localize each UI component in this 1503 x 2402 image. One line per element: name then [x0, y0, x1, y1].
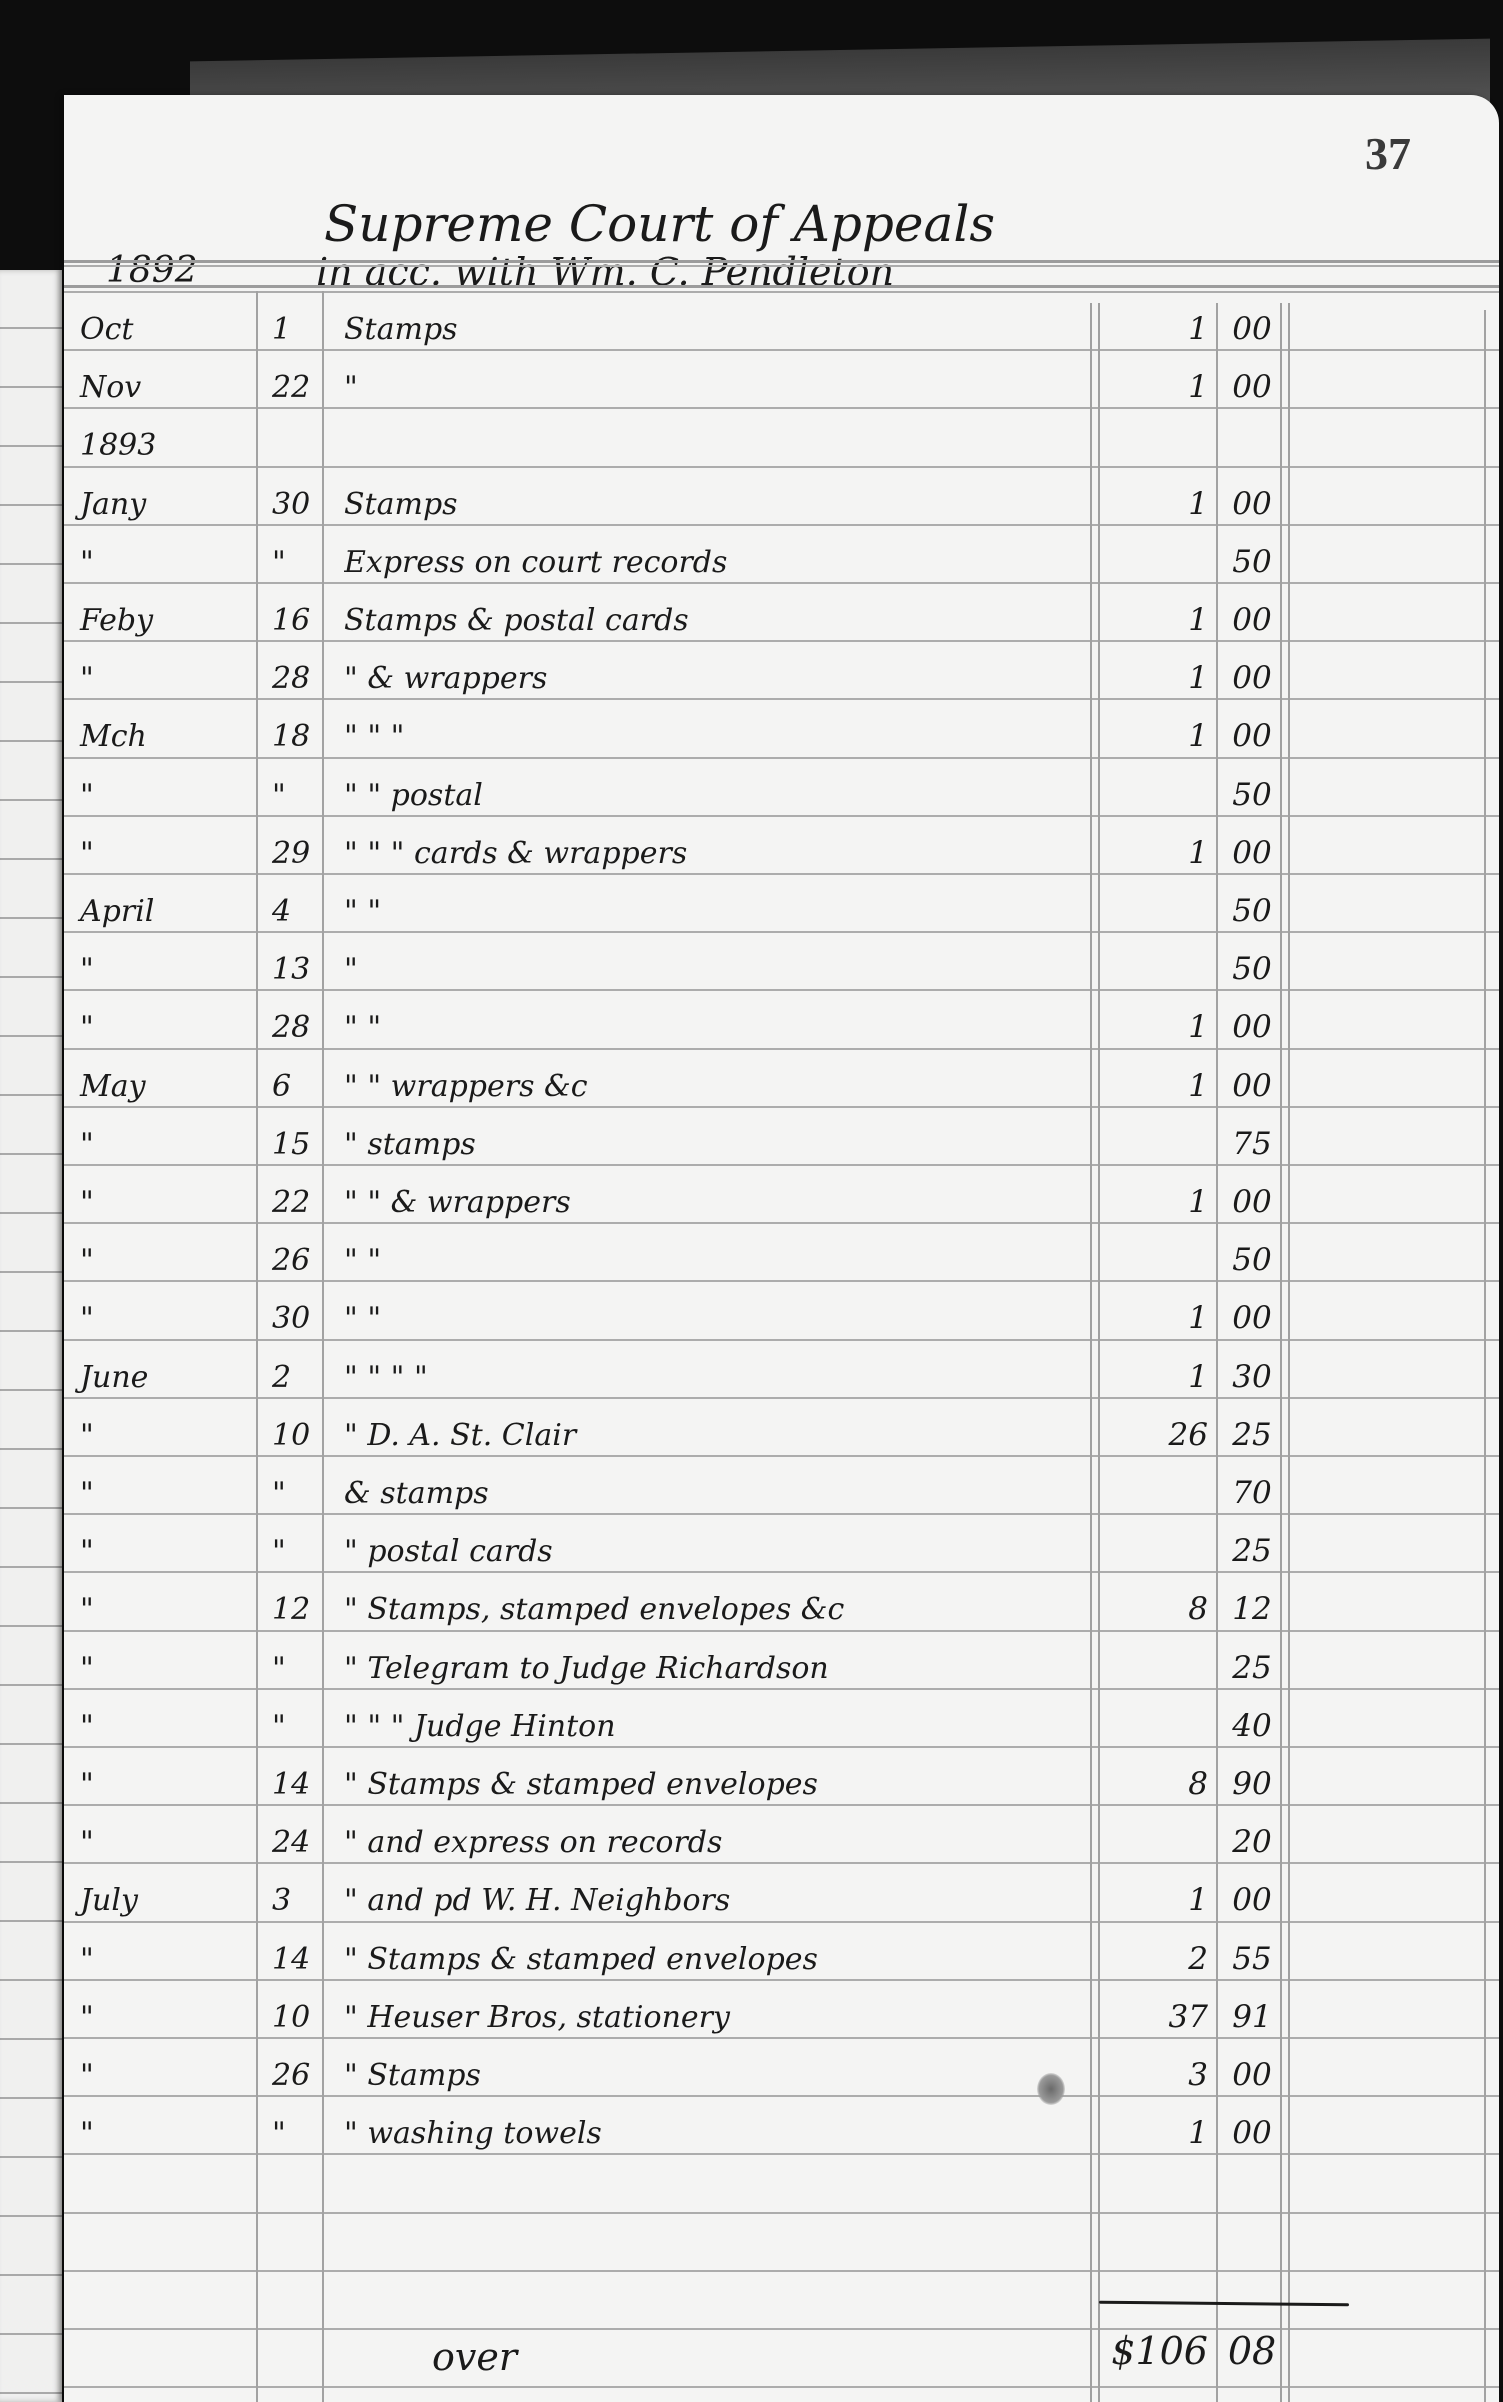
- entry-description: " washing towels: [344, 2116, 1084, 2151]
- entry-month: ": [80, 1185, 250, 1220]
- entry-dollars: 1: [1104, 718, 1208, 754]
- entry-month: ": [80, 2058, 250, 2093]
- ledger-row: """ postal cards25: [64, 1517, 1499, 1575]
- entry-cents: 00: [1221, 1184, 1283, 1220]
- entry-description: Stamps & postal cards: [344, 603, 1084, 638]
- entry-description: " Stamps & stamped envelopes: [344, 1767, 1084, 1802]
- entry-day: 10: [272, 1418, 332, 1453]
- entry-month: ": [80, 778, 250, 813]
- entry-dollars: 1: [1104, 2115, 1208, 2151]
- entry-cents: 00: [1221, 660, 1283, 696]
- ledger-row: "29" " " cards & wrappers100: [64, 819, 1499, 877]
- entry-description: " D. A. St. Clair: [344, 1418, 1084, 1453]
- ledger-row: "10" D. A. St. Clair2625: [64, 1401, 1499, 1459]
- entry-month: Mch: [80, 719, 250, 754]
- entry-description: " ": [344, 1010, 1084, 1045]
- entry-description: " Telegram to Judge Richardson: [344, 1651, 1084, 1686]
- entry-month: ": [80, 661, 250, 696]
- total-dollars: $106: [1064, 2329, 1208, 2373]
- ledger-row: """ " " Judge Hinton40: [64, 1692, 1499, 1750]
- entry-day: 22: [272, 370, 332, 405]
- entry-dollars: 8: [1104, 1591, 1208, 1627]
- entry-month: ": [80, 1942, 250, 1977]
- entry-cents: 00: [1221, 311, 1283, 347]
- entry-cents: 25: [1221, 1650, 1283, 1686]
- entry-cents: 00: [1221, 835, 1283, 871]
- entry-description: Stamps: [344, 487, 1084, 522]
- ledger-page: 37 Supreme Court of Appeals 1892 in acc.…: [64, 95, 1499, 2402]
- entry-description: " " & wrappers: [344, 1185, 1084, 1220]
- header-rule: [64, 291, 1499, 293]
- entry-month: ": [80, 1651, 250, 1686]
- entry-day: 16: [272, 603, 332, 638]
- entry-cents: 50: [1221, 777, 1283, 813]
- entry-cents: 70: [1221, 1475, 1283, 1511]
- ledger-row: "14" Stamps & stamped envelopes890: [64, 1750, 1499, 1808]
- entry-dollars: 1: [1104, 1184, 1208, 1220]
- entry-month: 1893: [80, 428, 250, 463]
- entry-month: ": [80, 1592, 250, 1627]
- entry-dollars: 1: [1104, 1068, 1208, 1104]
- ledger-row: Jany30Stamps100: [64, 470, 1499, 528]
- entry-day: 10: [272, 2000, 332, 2035]
- entry-description: " " " Judge Hinton: [344, 1709, 1084, 1744]
- ledger-row: "26" Stamps300: [64, 2041, 1499, 2099]
- entry-month: ": [80, 1476, 250, 1511]
- entry-dollars: 37: [1104, 1999, 1208, 2035]
- entry-month: ": [80, 1709, 250, 1744]
- entry-description: " ": [344, 1301, 1084, 1336]
- entry-day: 28: [272, 1010, 332, 1045]
- ledger-row: "28" "100: [64, 993, 1499, 1051]
- header-rule: [64, 265, 1499, 267]
- ledger-title: Supreme Court of Appeals: [324, 195, 995, 253]
- entry-dollars: 1: [1104, 311, 1208, 347]
- entry-description: " " postal: [344, 778, 1084, 813]
- ledger-row: April4" "50: [64, 877, 1499, 935]
- entry-day: ": [272, 1651, 332, 1686]
- entry-cents: 00: [1221, 1882, 1283, 1918]
- header-rule: [64, 285, 1499, 288]
- entry-description: Stamps: [344, 312, 1084, 347]
- entry-month: ": [80, 1010, 250, 1045]
- entry-month: ": [80, 1767, 250, 1802]
- header-rule: [64, 260, 1499, 263]
- previous-page-edge: [0, 270, 62, 2402]
- entry-month: ": [80, 1301, 250, 1336]
- entry-month: April: [80, 894, 250, 929]
- entry-month: ": [80, 1127, 250, 1162]
- entry-day: 14: [272, 1767, 332, 1802]
- entry-dollars: 1: [1104, 1359, 1208, 1395]
- entry-cents: 00: [1221, 1300, 1283, 1336]
- entry-dollars: 3: [1104, 2057, 1208, 2093]
- entry-description: & stamps: [344, 1476, 1084, 1511]
- entry-day: 28: [272, 661, 332, 696]
- entry-day: ": [272, 1709, 332, 1744]
- entry-description: " Stamps: [344, 2058, 1084, 2093]
- entry-day: ": [272, 545, 332, 580]
- entry-description: " stamps: [344, 1127, 1084, 1162]
- ledger-row: """ Telegram to Judge Richardson25: [64, 1634, 1499, 1692]
- entry-dollars: 1: [1104, 1009, 1208, 1045]
- entry-day: 30: [272, 1301, 332, 1336]
- entry-dollars: 1: [1104, 1882, 1208, 1918]
- entry-cents: 40: [1221, 1708, 1283, 1744]
- entry-month: ": [80, 545, 250, 580]
- ledger-row: "30" "100: [64, 1284, 1499, 1342]
- ledger-row: 1893: [64, 411, 1499, 469]
- entry-cents: 00: [1221, 486, 1283, 522]
- ledger-row: "13"50: [64, 935, 1499, 993]
- entry-cents: 50: [1221, 893, 1283, 929]
- ledger-row: "12" Stamps, stamped envelopes &c812: [64, 1575, 1499, 1633]
- entry-cents: 20: [1221, 1824, 1283, 1860]
- ledger-row: June2" " " "130: [64, 1343, 1499, 1401]
- entry-dollars: 1: [1104, 602, 1208, 638]
- entry-day: 29: [272, 836, 332, 871]
- ledger-row: Nov22"100: [64, 353, 1499, 411]
- entry-cents: 00: [1221, 369, 1283, 405]
- entry-dollars: 1: [1104, 1300, 1208, 1336]
- ledger-row: ""& stamps70: [64, 1459, 1499, 1517]
- entry-description: " " ": [344, 719, 1084, 754]
- entry-dollars: 2: [1104, 1941, 1208, 1977]
- ledger-row: Oct1Stamps100: [64, 295, 1499, 353]
- entry-cents: 50: [1221, 951, 1283, 987]
- entry-month: ": [80, 2116, 250, 2151]
- entry-description: " & wrappers: [344, 661, 1084, 696]
- entry-month: Oct: [80, 312, 250, 347]
- entry-dollars: 26: [1104, 1417, 1208, 1453]
- entry-cents: 25: [1221, 1533, 1283, 1569]
- total-underline: [1099, 2301, 1349, 2307]
- entry-day: 14: [272, 1942, 332, 1977]
- entry-month: July: [80, 1883, 250, 1918]
- entry-day: ": [272, 1476, 332, 1511]
- entry-cents: 00: [1221, 1009, 1283, 1045]
- ledger-row: Mch18" " "100: [64, 702, 1499, 760]
- entry-day: 18: [272, 719, 332, 754]
- entry-dollars: 1: [1104, 835, 1208, 871]
- ledger-row: "22" " & wrappers100: [64, 1168, 1499, 1226]
- entry-day: 26: [272, 1243, 332, 1278]
- entry-cents: 00: [1221, 2115, 1283, 2151]
- ledger-row: """ washing towels100: [64, 2099, 1499, 2157]
- entry-month: Feby: [80, 603, 250, 638]
- carry-over-note: over: [432, 2335, 517, 2379]
- entry-month: June: [80, 1360, 250, 1395]
- ledger-row: May6" " wrappers &c100: [64, 1052, 1499, 1110]
- entry-description: " " " ": [344, 1360, 1084, 1395]
- entry-description: ": [344, 952, 1084, 987]
- entry-day: ": [272, 1534, 332, 1569]
- ledger-row: Feby16Stamps & postal cards100: [64, 586, 1499, 644]
- ledger-row: "10" Heuser Bros, stationery3791: [64, 1983, 1499, 2041]
- total-cents: 08: [1221, 2329, 1283, 2373]
- entry-cents: 12: [1221, 1591, 1283, 1627]
- entry-day: 6: [272, 1069, 332, 1104]
- entry-cents: 50: [1221, 544, 1283, 580]
- entry-month: ": [80, 1418, 250, 1453]
- entry-description: " ": [344, 1243, 1084, 1278]
- entry-month: Jany: [80, 487, 250, 522]
- entry-month: ": [80, 1243, 250, 1278]
- entry-day: 3: [272, 1883, 332, 1918]
- ink-blot: [1037, 2073, 1065, 2105]
- entry-cents: 25: [1221, 1417, 1283, 1453]
- entry-cents: 00: [1221, 602, 1283, 638]
- entry-day: 26: [272, 2058, 332, 2093]
- entry-day: ": [272, 2116, 332, 2151]
- entry-day: 12: [272, 1592, 332, 1627]
- ledger-row: "28" & wrappers100: [64, 644, 1499, 702]
- ledger-row: July3" and pd W. H. Neighbors100: [64, 1866, 1499, 1924]
- entry-day: 1: [272, 312, 332, 347]
- entry-cents: 30: [1221, 1359, 1283, 1395]
- entry-month: ": [80, 1825, 250, 1860]
- ledger-row: "15" stamps75: [64, 1110, 1499, 1168]
- ledger-row: "24" and express on records20: [64, 1808, 1499, 1866]
- entry-day: 22: [272, 1185, 332, 1220]
- entry-dollars: 1: [1104, 486, 1208, 522]
- entry-day: 2: [272, 1360, 332, 1395]
- entry-cents: 90: [1221, 1766, 1283, 1802]
- entry-description: " and pd W. H. Neighbors: [344, 1883, 1084, 1918]
- entry-description: " Heuser Bros, stationery: [344, 2000, 1084, 2035]
- entry-cents: 91: [1221, 1999, 1283, 2035]
- entry-description: ": [344, 370, 1084, 405]
- entry-description: Express on court records: [344, 545, 1084, 580]
- entry-day: 24: [272, 1825, 332, 1860]
- entry-month: ": [80, 836, 250, 871]
- entry-description: " " wrappers &c: [344, 1069, 1084, 1104]
- ledger-row: """ " postal50: [64, 761, 1499, 819]
- entry-cents: 00: [1221, 1068, 1283, 1104]
- entry-day: ": [272, 778, 332, 813]
- entry-description: " Stamps & stamped envelopes: [344, 1942, 1084, 1977]
- entry-day: 4: [272, 894, 332, 929]
- entry-day: 15: [272, 1127, 332, 1162]
- entry-dollars: 8: [1104, 1766, 1208, 1802]
- entry-cents: 00: [1221, 2057, 1283, 2093]
- ledger-row: "14" Stamps & stamped envelopes255: [64, 1925, 1499, 1983]
- entry-dollars: 1: [1104, 369, 1208, 405]
- page-number: 37: [1365, 127, 1411, 180]
- entry-month: ": [80, 952, 250, 987]
- entry-day: 30: [272, 487, 332, 522]
- entry-description: " " " cards & wrappers: [344, 836, 1084, 871]
- entry-day: 13: [272, 952, 332, 987]
- entry-cents: 55: [1221, 1941, 1283, 1977]
- entry-month: May: [80, 1069, 250, 1104]
- entry-description: " and express on records: [344, 1825, 1084, 1860]
- entry-description: " ": [344, 894, 1084, 929]
- entry-month: ": [80, 2000, 250, 2035]
- entry-cents: 00: [1221, 718, 1283, 754]
- entry-description: " postal cards: [344, 1534, 1084, 1569]
- entry-description: " Stamps, stamped envelopes &c: [344, 1592, 1084, 1627]
- entry-dollars: 1: [1104, 660, 1208, 696]
- entry-month: Nov: [80, 370, 250, 405]
- entry-cents: 50: [1221, 1242, 1283, 1278]
- entry-month: ": [80, 1534, 250, 1569]
- entry-cents: 75: [1221, 1126, 1283, 1162]
- ledger-row: "26" "50: [64, 1226, 1499, 1284]
- ledger-row: ""Express on court records50: [64, 528, 1499, 586]
